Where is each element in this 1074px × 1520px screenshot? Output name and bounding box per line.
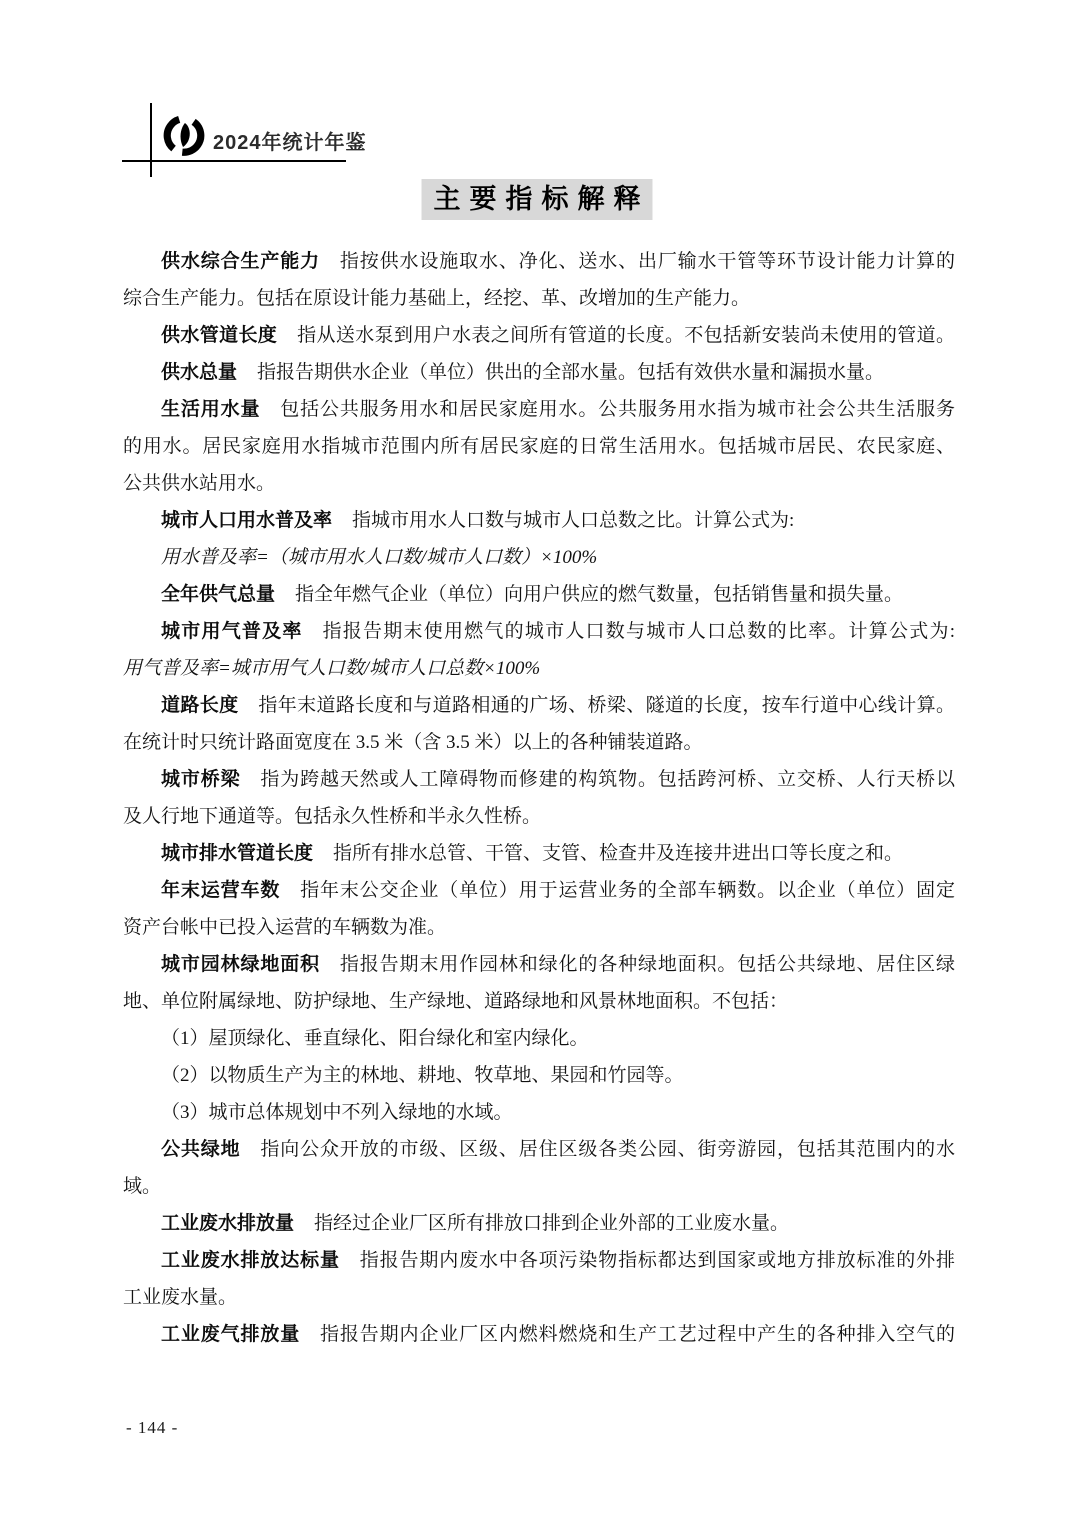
definition-line: 公共绿地指向公众开放的市级、区级、居住区级各类公园、街旁游园，包括其范围内的水: [123, 1131, 955, 1168]
term-label: 城市桥梁: [161, 769, 240, 790]
term-label: 工业废气排放量: [161, 1324, 300, 1345]
body-line: 及人行地下通道等。包括永久性桥和半永久性桥。: [123, 798, 955, 835]
term-label: 工业废水排放达标量: [161, 1250, 340, 1271]
term-label: 年末运营车数: [161, 880, 280, 901]
term-label: 全年供气总量: [161, 584, 275, 605]
page-number: - 144 -: [126, 1418, 178, 1438]
term-label: 供水管道长度: [161, 325, 277, 346]
definition-line: 工业废水排放量指经过企业厂区所有排放口排到企业外部的工业废水量。: [123, 1205, 955, 1242]
definition-line: 城市排水管道长度指所有排水总管、干管、支管、检查井及连接井进出口等长度之和。: [123, 835, 955, 872]
body-line: （3）城市总体规划中不列入绿地的水域。: [123, 1094, 955, 1131]
formula-line: 用水普及率=（城市用水人口数/城市人口数）×100%: [123, 539, 955, 576]
term-label: 城市排水管道长度: [161, 843, 313, 864]
term-label: 供水综合生产能力: [161, 251, 320, 272]
body-text: 供水综合生产能力指按供水设施取水、净化、送水、出厂输水干管等环节设计能力计算的综…: [123, 243, 955, 1353]
body-line: 在统计时只统计路面宽度在 3.5 米（含 3.5 米）以上的各种铺装道路。: [123, 724, 955, 761]
term-label: 道路长度: [161, 695, 238, 716]
definition-line: 生活用水量包括公共服务用水和居民家庭用水。公共服务用水指为城市社会公共生活服务: [123, 391, 955, 428]
term-label: 城市园林绿地面积: [161, 954, 320, 975]
body-line: 地、单位附属绿地、防护绿地、生产绿地、道路绿地和风景林地面积。不包括：: [123, 983, 955, 1020]
body-line: 的用水。居民家庭用水指城市范围内所有居民家庭的日常生活用水。包括城市居民、农民家…: [123, 428, 955, 465]
crop-mark-horizontal: [122, 160, 346, 162]
body-line: （1）屋顶绿化、垂直绿化、阳台绿化和室内绿化。: [123, 1020, 955, 1057]
definition-line: 城市人口用水普及率指城市用水人口数与城市人口总数之比。计算公式为:: [123, 502, 955, 539]
body-line: 资产台帐中已投入运营的车辆数为准。: [123, 909, 955, 946]
definition-line: 城市园林绿地面积指报告期末用作园林和绿化的各种绿地面积。包括公共绿地、居住区绿: [123, 946, 955, 983]
definition-line: 供水总量指报告期供水企业（单位）供出的全部水量。包括有效供水量和漏损水量。: [123, 354, 955, 391]
body-line: 综合生产能力。包括在原设计能力基础上，经挖、革、改增加的生产能力。: [123, 280, 955, 317]
term-label: 供水总量: [161, 362, 237, 383]
page-title: 主要指标解释: [422, 179, 653, 220]
body-line: 公共供水站用水。: [123, 465, 955, 502]
formula-line: 用气普及率=城市用气人口数/城市人口总数×100%: [123, 650, 955, 687]
definition-line: 城市用气普及率指报告期末使用燃气的城市人口数与城市人口总数的比率。计算公式为:: [123, 613, 955, 650]
term-label: 生活用水量: [161, 399, 260, 420]
term-label: 工业废水排放量: [161, 1213, 294, 1234]
definition-line: 供水管道长度指从送水泵到用户水表之间所有管道的长度。不包括新安装尚未使用的管道。: [123, 317, 955, 354]
definition-line: 工业废水排放达标量指报告期内废水中各项污染物指标都达到国家或地方排放标准的外排: [123, 1242, 955, 1279]
yearbook-title: 2024年统计年鉴: [213, 126, 367, 155]
crop-mark-vertical: [150, 103, 152, 177]
document-page: 2024年统计年鉴 主要指标解释 供水综合生产能力指按供水设施取水、净化、送水、…: [0, 0, 1074, 1520]
term-label: 城市人口用水普及率: [161, 510, 332, 531]
definition-line: 全年供气总量指全年燃气企业（单位）向用户供应的燃气数量，包括销售量和损失量。: [123, 576, 955, 613]
definition-line: 道路长度指年末道路长度和与道路相通的广场、桥梁、隧道的长度，按车行道中心线计算。: [123, 687, 955, 724]
body-line: 工业废水量。: [123, 1279, 955, 1316]
body-line: 域。: [123, 1168, 955, 1205]
term-label: 城市用气普及率: [161, 621, 303, 642]
term-label: 公共绿地: [161, 1139, 240, 1160]
definition-line: 年末运营车数指年末公交企业（单位）用于运营业务的全部车辆数。以企业（单位）固定: [123, 872, 955, 909]
definition-line: 城市桥梁指为跨越天然或人工障碍物而修建的构筑物。包括跨河桥、立交桥、人行天桥以: [123, 761, 955, 798]
body-line: （2）以物质生产为主的林地、耕地、牧草地、果园和竹园等。: [123, 1057, 955, 1094]
yearbook-logo-icon: [161, 112, 207, 159]
definition-line: 工业废气排放量指报告期内企业厂区内燃料燃烧和生产工艺过程中产生的各种排入空气的: [123, 1316, 955, 1353]
definition-line: 供水综合生产能力指按供水设施取水、净化、送水、出厂输水干管等环节设计能力计算的: [123, 243, 955, 280]
